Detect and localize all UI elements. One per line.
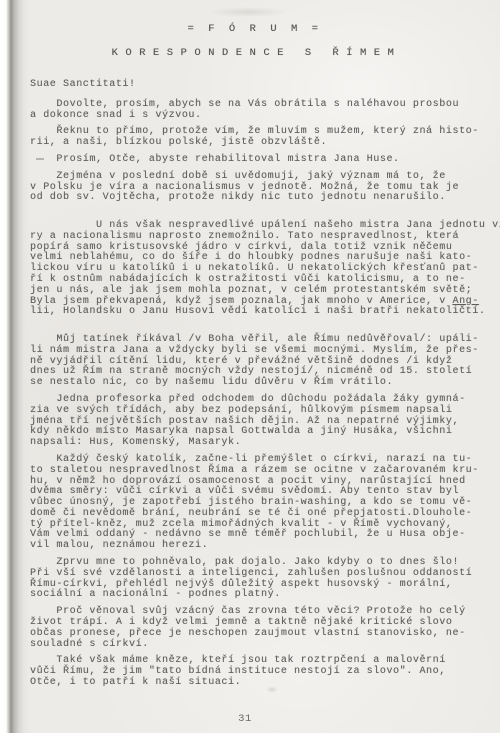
letter-content: = F Ó R U M = K O R E S P O N D E N C E … xyxy=(30,24,476,725)
paragraph-injustice: U nás však nespravedlivé upálení našeho … xyxy=(30,210,476,329)
paragraph-professor-survey: Jedna profesorka před odchodem do důchod… xyxy=(30,395,476,449)
paragraph-embittered-priests: Také však máme kněze, kteří jsou tak roz… xyxy=(30,656,476,688)
paragraph-father-saying: Můj tatínek říkával /v Boha věřil, ale Ř… xyxy=(30,335,476,389)
paragraph-speak-directly: Řeknu to přímo, protože vím, že mluvím s… xyxy=(30,127,476,149)
paragraph-rehabilitate-hus: Prosím, Otče, abyste rehabilitoval mistr… xyxy=(30,155,476,166)
paragraph-injustice-text-start: U nás však nespravedlivé upálení našeho … xyxy=(30,220,500,307)
document-page: = F Ó R U M = K O R E S P O N D E N C E … xyxy=(0,0,500,733)
page-edge-shadow xyxy=(0,0,30,733)
paragraph-injustice-text-end: lii, Holandsku o Janu Husovi vědí katolí… xyxy=(30,306,485,317)
paragraph-vicious-circle: Každý český katolík, začne-li přemýšlet … xyxy=(30,455,476,552)
paragraph-why-this-matter: Proč věnoval svůj vzácný čas zrovna této… xyxy=(30,607,476,650)
paragraph-poland-unity: Zejména v poslední době si uvědomuji, ja… xyxy=(30,172,476,204)
forum-title: = F Ó R U M = xyxy=(30,24,476,35)
salutation: Suae Sanctitati! xyxy=(30,80,476,91)
paragraph-request-intro: Dovolte, prosím, abych se na Vás obrátil… xyxy=(30,100,476,122)
underlined-word: Ang- xyxy=(452,296,478,307)
paragraph-priest-heresy: Zprvu mne to pohněvalo, pak dojalo. Jako… xyxy=(30,558,476,601)
scan-smudge-top xyxy=(208,7,288,17)
correspondence-title: K O R E S P O N D E N C E S Ř Í M E M xyxy=(30,48,476,59)
page-number: 31 xyxy=(22,713,468,725)
